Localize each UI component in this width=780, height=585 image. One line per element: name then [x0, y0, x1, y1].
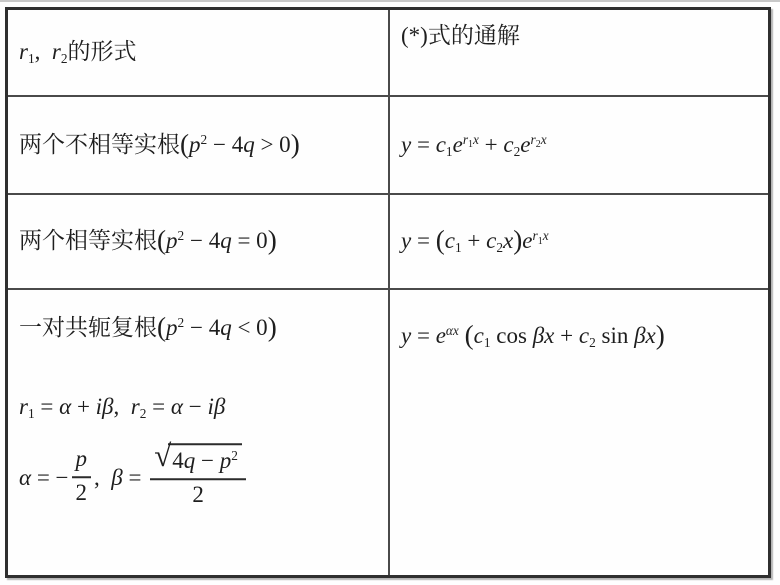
header-general-solution-text: (*)式的通解: [401, 22, 520, 51]
row-equal-roots-condition: 两个相等实根(p2 − 4q = 0): [8, 195, 390, 290]
complex-roots-formula: y = eαx (c1 cos βx + c2 sin βx): [401, 322, 665, 351]
header-cell-root-form: r1, r2的形式: [8, 10, 390, 97]
row-unequal-roots-solution: y = c1er1x + c2er2x: [390, 97, 768, 195]
unequal-roots-formula: y = c1er1x + c2er2x: [401, 131, 547, 160]
unequal-roots-label: 两个不相等实根(p2 − 4q > 0): [19, 131, 300, 160]
row-equal-roots-solution: y = (c1 + c2x)er1x: [390, 195, 768, 290]
ode-solutions-table: r1, r2的形式 (*)式的通解 两个不相等实根(p2 − 4q > 0) y…: [5, 7, 771, 578]
header-cell-general-solution: (*)式的通解: [390, 10, 768, 97]
row-unequal-roots-condition: 两个不相等实根(p2 − 4q > 0): [8, 97, 390, 195]
row-complex-roots-solution: y = eαx (c1 cos βx + c2 sin βx): [390, 290, 768, 575]
row-complex-roots-condition: 一对共轭复根(p2 − 4q < 0) r1 = α + iβ, r2 = α …: [8, 290, 390, 575]
header-root-form-text: r1, r2的形式: [19, 38, 137, 67]
complex-roots-label: 一对共轭复根(p2 − 4q < 0): [19, 314, 382, 343]
complex-roots-definition: r1 = α + iβ, r2 = α − iβ: [19, 393, 382, 422]
equal-roots-label: 两个相等实根(p2 − 4q = 0): [19, 227, 277, 256]
page-background: r1, r2的形式 (*)式的通解 两个不相等实根(p2 − 4q > 0) y…: [0, 0, 780, 585]
equal-roots-formula: y = (c1 + c2x)er1x: [401, 227, 549, 256]
alpha-beta-definition: α = −p2, β = √4q − p22: [19, 446, 382, 514]
